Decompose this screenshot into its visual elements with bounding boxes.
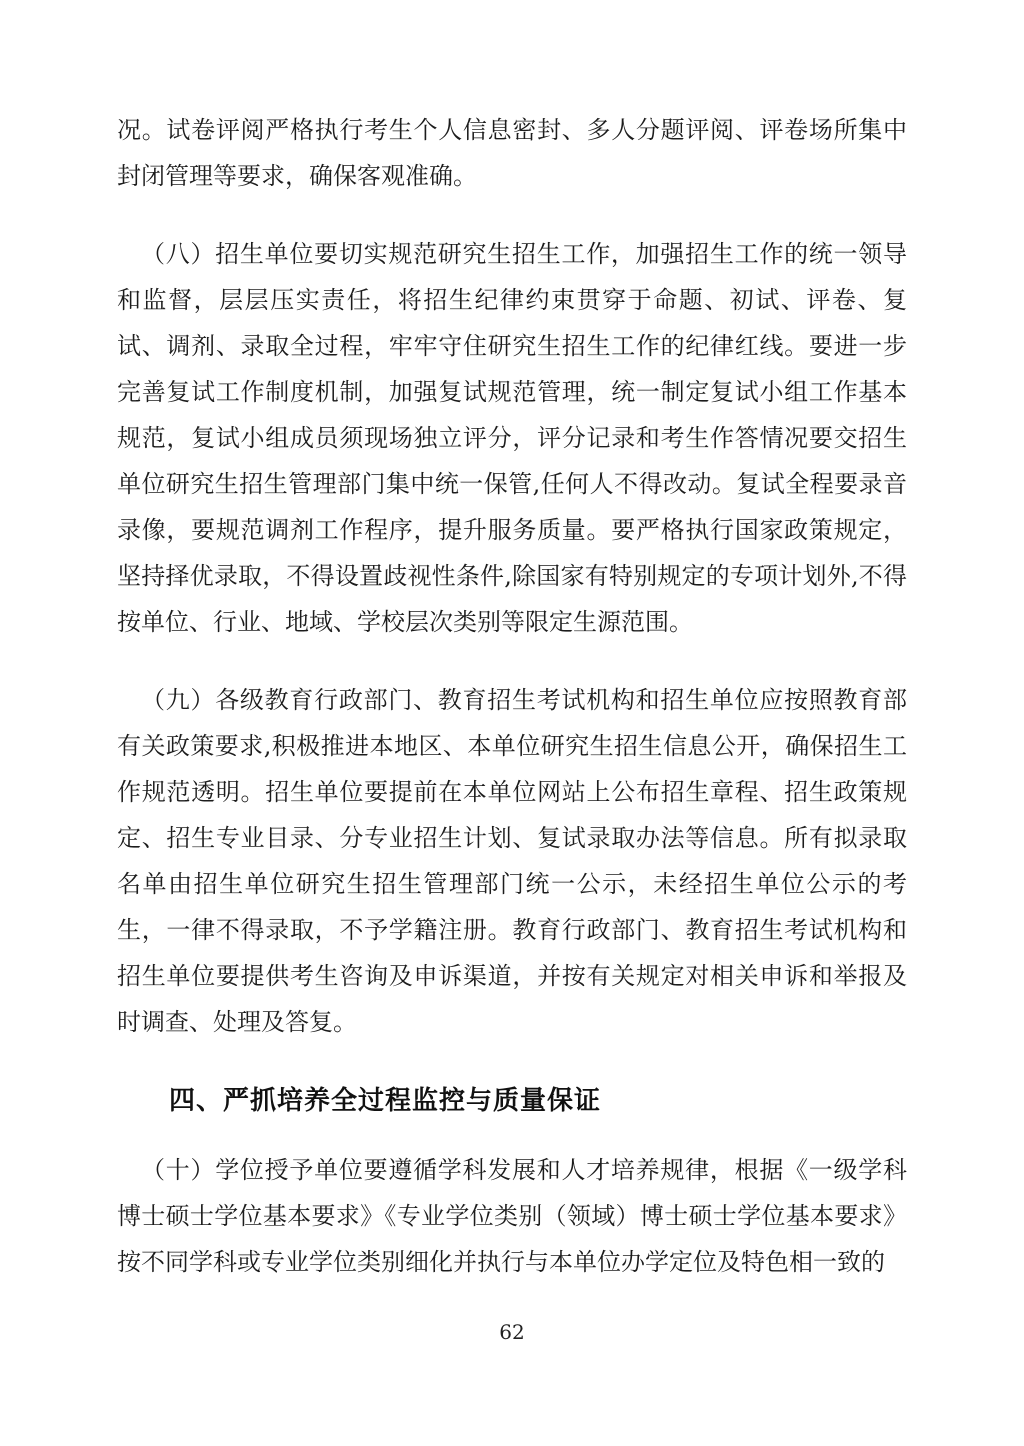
paragraph-continuation: 况。试卷评阅严格执行考生个人信息密封、多人分题评阅、评卷场所集中封闭管理等要求，… xyxy=(117,107,907,199)
paragraph-item-10: （十）学位授予单位要遵循学科发展和人才培养规律，根据《一级学科博士硕士学位基本要… xyxy=(117,1147,907,1285)
paragraph-item-9: （九）各级教育行政部门、教育招生考试机构和招生单位应按照教育部有关政策要求,积极… xyxy=(117,677,907,1045)
paragraph-item-8: （八）招生单位要切实规范研究生招生工作，加强招生工作的统一领导和监督，层层压实责… xyxy=(117,231,907,645)
section-heading-number: 四、 xyxy=(169,1086,223,1116)
page-footer: 62 xyxy=(117,1317,907,1347)
section-heading-title: 严抓培养全过程监控与质量保证 xyxy=(223,1086,601,1116)
document-page: 况。试卷评阅严格执行考生个人信息密封、多人分题评阅、评卷场所集中封闭管理等要求，… xyxy=(0,0,1024,1446)
section-heading: 四、严抓培养全过程监控与质量保证 xyxy=(117,1081,907,1121)
page-number: 62 xyxy=(499,1320,524,1344)
